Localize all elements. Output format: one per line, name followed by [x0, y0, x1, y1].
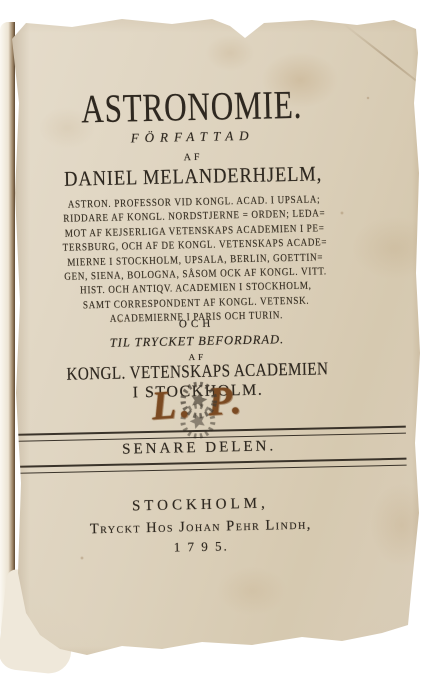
author-credentials: ASTRON. PROFESSOR VID KONGL. ACAD. I UPS…: [16, 192, 375, 329]
imprint-city: STOCKHOLM,: [0, 493, 408, 519]
title-page: ASTRONOMIE. FÖRFATTAD AF DANIEL MELANDER…: [12, 13, 426, 668]
book-photo: ASTRONOMIE. FÖRFATTAD AF DANIEL MELANDER…: [0, 0, 440, 700]
printed-text-block: ASTRONOMIE. FÖRFATTAD AF DANIEL MELANDER…: [0, 9, 411, 673]
underlying-page-edge: [0, 22, 15, 642]
